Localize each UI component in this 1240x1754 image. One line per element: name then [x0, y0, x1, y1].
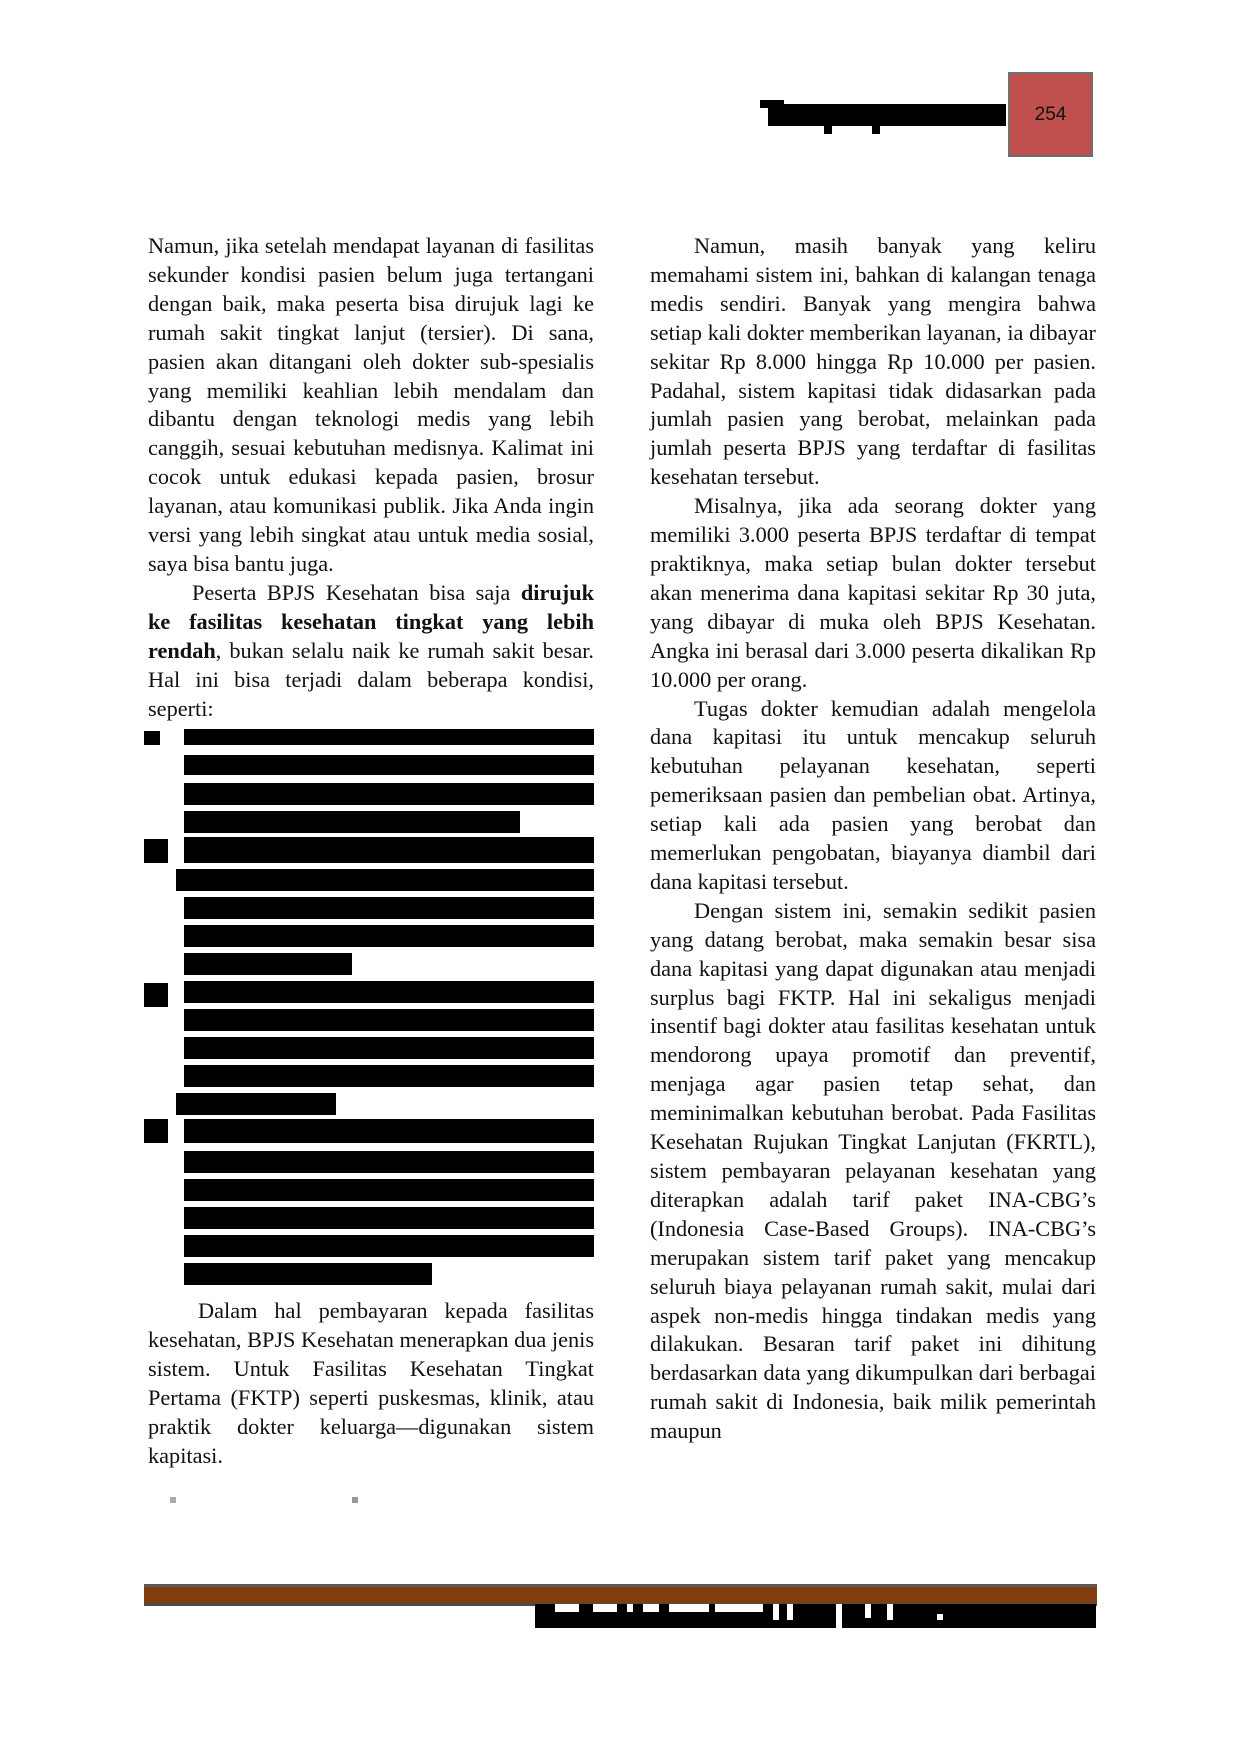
- redaction-fragment: [555, 1604, 579, 1612]
- page-number-box: 254: [1008, 72, 1093, 157]
- left-column: Namun, jika setelah mendapat layanan di …: [148, 232, 594, 1471]
- paragraph-lower-referral: Peserta BPJS Kesehatan bisa saja dirujuk…: [148, 579, 594, 724]
- redaction-fragment: [643, 1604, 659, 1612]
- list-number-redacted: [144, 839, 168, 863]
- redacted-line: [184, 981, 594, 1003]
- redaction-fragment: [937, 1614, 943, 1620]
- paragraph-tertiary-referral: Namun, jika setelah mendapat layanan di …: [148, 232, 594, 579]
- right-column: Namun, masih banyak yang keliru memahami…: [650, 232, 1096, 1446]
- redacted-line: [184, 1179, 594, 1201]
- redaction-fragment: [824, 126, 832, 134]
- redacted-line: [184, 1235, 594, 1257]
- redacted-line: [184, 1263, 432, 1285]
- text-cursor-marker: [352, 1497, 358, 1503]
- redacted-line: [184, 1151, 594, 1173]
- redaction-fragment: [773, 1604, 779, 1620]
- paragraph-text: Peserta BPJS Kesehatan bisa saja: [192, 580, 521, 605]
- paragraph-capitation-misconception: Namun, masih banyak yang keliru memahami…: [650, 232, 1096, 492]
- redaction-fragment: [715, 1604, 763, 1612]
- running-header-title-redacted: [768, 104, 1006, 126]
- list-number-redacted: [144, 731, 160, 745]
- redacted-line: [184, 755, 594, 775]
- redacted-numbered-list: [148, 725, 594, 1295]
- text-cursor-marker: [170, 1497, 176, 1503]
- redacted-line: [184, 1207, 594, 1229]
- redaction-fragment: [865, 1604, 871, 1618]
- redacted-line: [176, 1093, 336, 1115]
- redacted-line: [184, 1037, 594, 1059]
- redaction-fragment: [872, 126, 880, 134]
- redaction-fragment: [887, 1604, 893, 1620]
- redacted-line: [184, 925, 594, 947]
- redacted-line: [184, 837, 594, 863]
- redaction-fragment: [593, 1604, 617, 1612]
- list-number-redacted: [144, 1119, 168, 1143]
- redacted-line: [176, 869, 594, 891]
- footer-text-redacted: [535, 1604, 1096, 1628]
- paragraph-doctor-task: Tugas dokter kemudian adalah mengelola d…: [650, 695, 1096, 897]
- paragraph-text: , bukan selalu naik ke rumah sakit besar…: [148, 638, 594, 721]
- redacted-line: [184, 897, 594, 919]
- redacted-line: [184, 1009, 594, 1031]
- redaction-fragment: [787, 1604, 793, 1620]
- footer-divider-bar: [144, 1584, 1097, 1606]
- redacted-line: [184, 811, 520, 833]
- redaction-fragment: [836, 1604, 842, 1628]
- redacted-line: [184, 729, 594, 745]
- redacted-line: [184, 1119, 594, 1143]
- paragraph-incentive-ina-cbg: Dengan sistem ini, semakin sedikit pasie…: [650, 897, 1096, 1446]
- page-number: 254: [1035, 104, 1067, 126]
- paragraph-payment-systems: Dalam hal pembayaran kepada fasilitas ke…: [148, 1297, 594, 1470]
- redaction-fragment: [627, 1604, 633, 1612]
- redacted-line: [184, 953, 352, 975]
- redaction-fragment: [669, 1604, 709, 1612]
- redacted-line: [184, 1065, 594, 1087]
- paragraph-capitation-example: Misalnya, jika ada seorang dokter yang m…: [650, 492, 1096, 694]
- redacted-line: [184, 783, 594, 805]
- list-number-redacted: [144, 983, 168, 1007]
